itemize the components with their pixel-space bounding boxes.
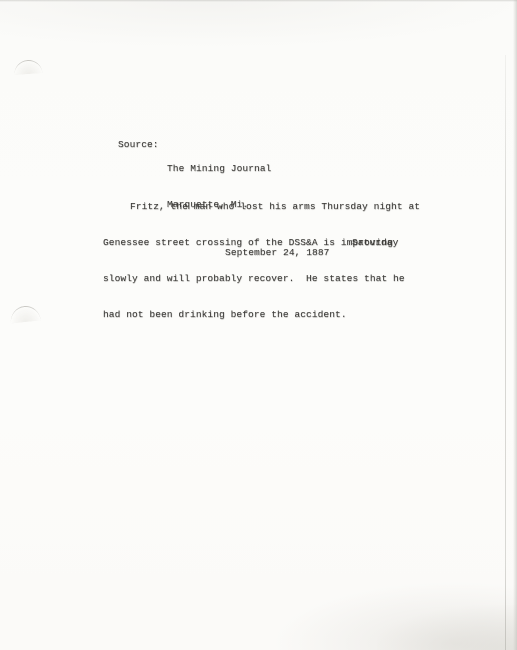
body-line: Genessee street crossing of the DSS&A is… bbox=[103, 237, 420, 249]
body-paragraph: Fritz, the man who lost his arms Thursda… bbox=[103, 177, 420, 345]
hole-punch-shadow-middle bbox=[9, 304, 41, 323]
scan-top-edge-shadow bbox=[0, 0, 517, 2]
scan-right-edge-shadow bbox=[513, 0, 517, 650]
source-line-publication: The Mining Journal bbox=[167, 163, 329, 175]
body-line: Fritz, the man who lost his arms Thursda… bbox=[103, 201, 420, 213]
scan-edge-line bbox=[505, 55, 506, 650]
document-page: Source: The Mining Journal Marquette, Mi… bbox=[0, 0, 517, 650]
body-line: slowly and will probably recover. He sta… bbox=[103, 273, 420, 285]
hole-punch-shadow-top bbox=[14, 59, 43, 75]
body-line: had not been drinking before the acciden… bbox=[103, 309, 420, 321]
paper-texture-corner bbox=[377, 605, 517, 650]
